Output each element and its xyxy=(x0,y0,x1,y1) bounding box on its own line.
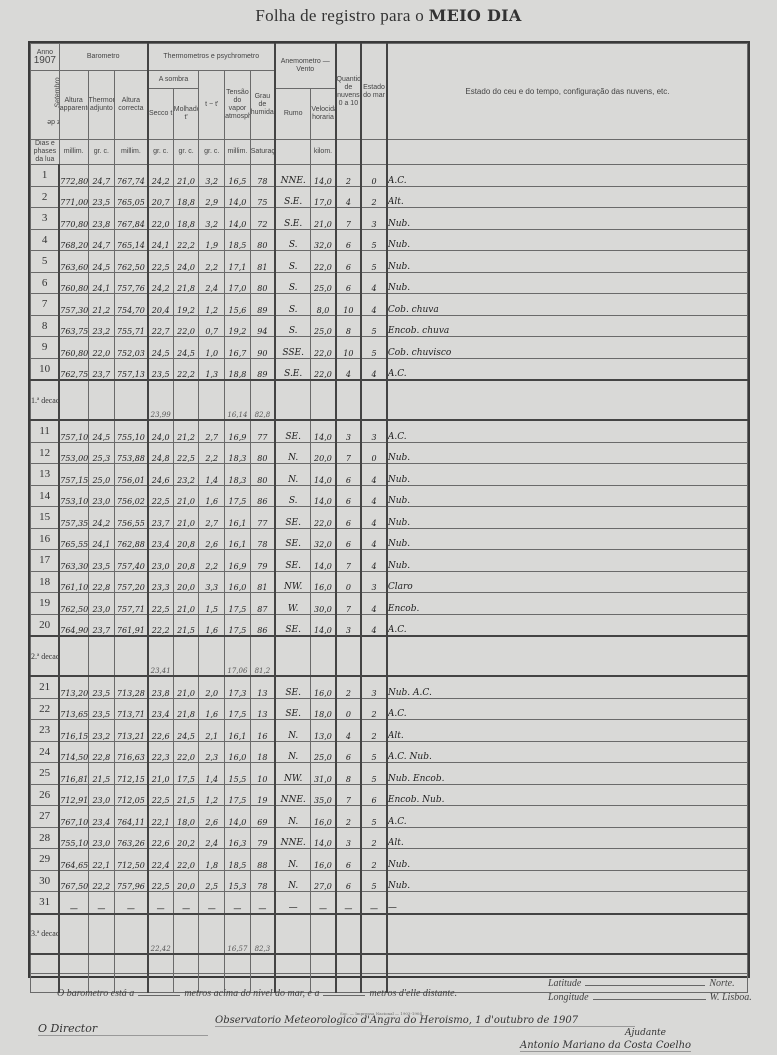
reading-cell: 2,4 xyxy=(199,272,225,294)
reading-cell: 18,8 xyxy=(173,208,199,230)
empty-cell xyxy=(115,636,148,676)
reading-cell: NNE. xyxy=(275,827,311,849)
reading-cell: 22,0 xyxy=(311,251,336,273)
day-number: 31 xyxy=(31,892,60,914)
empty-cell xyxy=(148,954,174,974)
longitude-line: LongitudeW. Lisboa. xyxy=(548,992,760,1003)
reading-cell: 17,0 xyxy=(311,186,336,208)
reading-cell: 21,0 xyxy=(173,165,199,187)
reading-cell: N. xyxy=(275,720,311,742)
reading-cell: 2 xyxy=(336,806,362,828)
reading-cell: 764,11 xyxy=(115,806,148,828)
reading-cell: 22,0 xyxy=(311,507,336,529)
empty-cell xyxy=(311,954,336,974)
reading-cell: 3 xyxy=(336,827,362,849)
reading-cell: 8 xyxy=(336,763,362,785)
table-row: 21713,2023,5713,2823,821,02,017,313SE.16… xyxy=(31,676,748,698)
reading-cell: 2 xyxy=(336,676,362,698)
reading-cell: 755,10 xyxy=(59,827,88,849)
reading-cell: 712,05 xyxy=(115,784,148,806)
empty-cell xyxy=(173,636,199,676)
day-number: 13 xyxy=(31,464,60,486)
reading-cell: 22,3 xyxy=(148,741,174,763)
reading-cell: 17,5 xyxy=(173,763,199,785)
reading-cell: 24,5 xyxy=(148,337,174,359)
reading-cell: 79 xyxy=(250,827,275,849)
reading-cell: 23,0 xyxy=(88,485,115,507)
reading-cell: 80 xyxy=(250,272,275,294)
unit: Saturação=100 xyxy=(250,140,275,165)
reading-cell: 6 xyxy=(336,251,362,273)
reading-cell: 767,50 xyxy=(59,870,88,892)
day-number: 17 xyxy=(31,550,60,572)
decade-row: 3.ª decada22,4216,5782,3 xyxy=(31,914,748,954)
reading-cell: 21,0 xyxy=(311,208,336,230)
empty-cell xyxy=(336,380,362,420)
empty-cell xyxy=(173,954,199,974)
unit xyxy=(361,140,387,165)
reading-cell: 5 xyxy=(361,337,387,359)
decade-mean: 22,42 xyxy=(148,914,174,954)
reading-cell: 89 xyxy=(250,294,275,316)
reading-cell: 712,50 xyxy=(115,849,148,871)
decade-mean: 23,41 xyxy=(148,636,174,676)
day-number: 14 xyxy=(31,485,60,507)
table-row: 22713,6523,5713,7123,421,81,617,513SE.18… xyxy=(31,698,748,720)
table-row: 9760,8022,0752,0324,524,51,016,790SSE.22… xyxy=(31,337,748,359)
reading-cell: 756,01 xyxy=(115,464,148,486)
reading-cell: 23,8 xyxy=(88,208,115,230)
a-sombra-header: A sombra xyxy=(148,71,199,89)
reading-cell: 1,3 xyxy=(199,358,225,380)
reading-cell: 16,0 xyxy=(311,849,336,871)
reading-cell: 24,1 xyxy=(88,272,115,294)
reading-cell: N. xyxy=(275,741,311,763)
decade-mean: 82,8 xyxy=(250,380,275,420)
reading-cell: 763,26 xyxy=(115,827,148,849)
day-number: 26 xyxy=(31,784,60,806)
table-row: 25716,8121,5712,1521,017,51,415,510NW.31… xyxy=(31,763,748,785)
reading-cell: 14,0 xyxy=(311,420,336,442)
reading-cell: 24,6 xyxy=(148,464,174,486)
reading-cell: 25,3 xyxy=(88,442,115,464)
empty-cell xyxy=(88,954,115,974)
reading-cell: 4 xyxy=(361,550,387,572)
unit: millim. xyxy=(59,140,88,165)
reading-cell: 712,91 xyxy=(59,784,88,806)
reading-cell: 13 xyxy=(250,676,275,698)
reading-cell: 20,7 xyxy=(148,186,174,208)
empty-cell xyxy=(88,380,115,420)
reading-cell: 23,5 xyxy=(88,550,115,572)
reading-cell: 3 xyxy=(361,676,387,698)
reading-cell: 24,0 xyxy=(173,251,199,273)
sky-state-cell: A.C. xyxy=(387,358,748,380)
reading-cell: 765,14 xyxy=(115,229,148,251)
reading-cell: — xyxy=(199,892,225,914)
reading-cell: 20,8 xyxy=(173,550,199,572)
empty-cell xyxy=(275,380,311,420)
reading-cell: 18,3 xyxy=(225,464,251,486)
reading-cell: 94 xyxy=(250,315,275,337)
col-altura-apparente: Altura apparente xyxy=(59,71,88,140)
unit xyxy=(336,140,362,165)
reading-cell: 762,88 xyxy=(115,528,148,550)
empty-cell xyxy=(115,954,148,974)
empty-cell xyxy=(31,954,60,974)
reading-cell: — xyxy=(148,892,174,914)
reading-cell: 23,0 xyxy=(148,550,174,572)
reading-cell: 0 xyxy=(361,165,387,187)
table-row: 26712,9123,0712,0522,521,51,217,519NNE.3… xyxy=(31,784,748,806)
table-row: 11757,1024,5755,1024,021,22,716,977SE.14… xyxy=(31,420,748,442)
reading-cell: 757,76 xyxy=(115,272,148,294)
day-number: 10 xyxy=(31,358,60,380)
reading-cell: 24,1 xyxy=(88,528,115,550)
reading-cell: 753,10 xyxy=(59,485,88,507)
reading-cell: 24,7 xyxy=(88,165,115,187)
reading-cell: 2 xyxy=(336,165,362,187)
reading-cell: 6 xyxy=(336,229,362,251)
reading-cell: 2,2 xyxy=(199,442,225,464)
reading-cell: 22,0 xyxy=(88,337,115,359)
reading-cell: — xyxy=(115,892,148,914)
reading-cell: 22,0 xyxy=(173,315,199,337)
reading-cell: — xyxy=(88,892,115,914)
reading-cell: 713,21 xyxy=(115,720,148,742)
reading-cell: 5 xyxy=(361,806,387,828)
reading-cell: 14,0 xyxy=(225,186,251,208)
reading-cell: S.E. xyxy=(275,208,311,230)
reading-cell: 757,15 xyxy=(59,464,88,486)
sky-state-cell: Alt. xyxy=(387,720,748,742)
reading-cell: 716,15 xyxy=(59,720,88,742)
reading-cell: 4 xyxy=(361,593,387,615)
reading-cell: 24,7 xyxy=(88,229,115,251)
reading-cell: 2 xyxy=(361,186,387,208)
reading-cell: 23,4 xyxy=(148,698,174,720)
reading-cell: 0 xyxy=(361,442,387,464)
reading-cell: 764,90 xyxy=(59,614,88,636)
table-row: 28755,1023,0763,2622,620,22,416,379NNE.1… xyxy=(31,827,748,849)
table-row: 2771,0023,5765,0520,718,82,914,075S.E.17… xyxy=(31,186,748,208)
register-sheet: Anno1907 Barometro Thermometros e psychr… xyxy=(28,41,750,978)
reading-cell: 753,00 xyxy=(59,442,88,464)
reading-cell: 3 xyxy=(336,614,362,636)
reading-cell: — xyxy=(336,892,362,914)
day-number: 6 xyxy=(31,272,60,294)
reading-cell: 32,0 xyxy=(311,528,336,550)
reading-cell: 14,0 xyxy=(311,550,336,572)
reading-cell: 23,0 xyxy=(88,784,115,806)
reading-cell: 764,65 xyxy=(59,849,88,871)
reading-cell: 16,1 xyxy=(225,507,251,529)
reading-cell: 7 xyxy=(336,550,362,572)
day-number: 12 xyxy=(31,442,60,464)
reading-cell: 1,0 xyxy=(199,337,225,359)
reading-cell: 763,75 xyxy=(59,315,88,337)
day-number: 1 xyxy=(31,165,60,187)
reading-cell: S. xyxy=(275,315,311,337)
empty-cell xyxy=(275,636,311,676)
reading-cell: NW. xyxy=(275,571,311,593)
sky-state-cell: Nub. xyxy=(387,464,748,486)
reading-cell: 21,0 xyxy=(148,763,174,785)
reading-cell: 5 xyxy=(361,315,387,337)
reading-cell: 1,5 xyxy=(199,593,225,615)
reading-cell: 757,35 xyxy=(59,507,88,529)
sky-state-cell: Nub. xyxy=(387,507,748,529)
reading-cell: 4 xyxy=(336,186,362,208)
reading-cell: 22,0 xyxy=(173,741,199,763)
sky-state-cell: Nub. xyxy=(387,870,748,892)
mar-header: Estado do mar xyxy=(361,44,387,140)
col-molhado: Molhado t' xyxy=(173,89,199,140)
reading-cell: 24,8 xyxy=(148,442,174,464)
reading-cell: 2,7 xyxy=(199,507,225,529)
reading-cell: 16,1 xyxy=(225,720,251,742)
reading-cell: 24,0 xyxy=(148,420,174,442)
day-number: 5 xyxy=(31,251,60,273)
reading-cell: 1,6 xyxy=(199,698,225,720)
decade-mean: 16,14 xyxy=(225,380,251,420)
reading-cell: 79 xyxy=(250,550,275,572)
decade-mean: 81,2 xyxy=(250,636,275,676)
reading-cell: N. xyxy=(275,464,311,486)
reading-cell: SE. xyxy=(275,676,311,698)
reading-cell: 753,88 xyxy=(115,442,148,464)
reading-cell: 21,5 xyxy=(173,614,199,636)
reading-cell: 21,5 xyxy=(88,763,115,785)
empty-cell xyxy=(311,380,336,420)
table-row: 23716,1523,2713,2122,624,52,116,116N.13,… xyxy=(31,720,748,742)
reading-cell: 757,13 xyxy=(115,358,148,380)
latitude-line: LatitudeNorte. xyxy=(548,978,760,989)
day-number: 28 xyxy=(31,827,60,849)
reading-cell: 23,0 xyxy=(88,827,115,849)
col-thermo-adjunto: Thermometro adjunto xyxy=(88,71,115,140)
reading-cell: 14,0 xyxy=(311,165,336,187)
reading-cell: 24,2 xyxy=(148,272,174,294)
reading-cell: 24,5 xyxy=(88,251,115,273)
col-rumo: Rumo xyxy=(275,89,311,140)
reading-cell: 69 xyxy=(250,806,275,828)
table-row: 1772,8024,7767,7424,221,03,216,578NNE.14… xyxy=(31,165,748,187)
dias-header: Dias e phases da lua xyxy=(31,140,60,165)
reading-cell: 86 xyxy=(250,614,275,636)
reading-cell: N. xyxy=(275,442,311,464)
empty-cell xyxy=(361,636,387,676)
reading-cell: SE. xyxy=(275,528,311,550)
reading-cell: 757,10 xyxy=(59,420,88,442)
table-row: 19762,5023,0757,7122,521,01,517,587W.30,… xyxy=(31,593,748,615)
table-row: 17763,3023,5757,4023,020,82,216,979SE.14… xyxy=(31,550,748,572)
day-number: 29 xyxy=(31,849,60,871)
reading-cell: 27,0 xyxy=(311,870,336,892)
decade-mean: 17,06 xyxy=(225,636,251,676)
empty-cell xyxy=(59,954,88,974)
reading-cell: 25,0 xyxy=(311,272,336,294)
reading-cell: 10 xyxy=(336,337,362,359)
reading-cell: 14,0 xyxy=(311,614,336,636)
reading-cell: 767,74 xyxy=(115,165,148,187)
reading-cell: 16,1 xyxy=(225,528,251,550)
empty-cell xyxy=(59,380,88,420)
reading-cell: 22,2 xyxy=(173,229,199,251)
reading-cell: 18,5 xyxy=(225,849,251,871)
reading-cell: 19 xyxy=(250,784,275,806)
reading-cell: 22,0 xyxy=(311,337,336,359)
table-row: 7757,3021,2754,7020,419,21,215,689S.8,01… xyxy=(31,294,748,316)
unit xyxy=(275,140,311,165)
reading-cell: 2,6 xyxy=(199,806,225,828)
reading-cell: 18 xyxy=(250,741,275,763)
reading-cell: 3,2 xyxy=(199,208,225,230)
reading-cell: 4 xyxy=(361,272,387,294)
reading-cell: 1,2 xyxy=(199,784,225,806)
day-number: 7 xyxy=(31,294,60,316)
reading-cell: 4 xyxy=(361,614,387,636)
reading-cell: N. xyxy=(275,870,311,892)
reading-cell: 0 xyxy=(336,571,362,593)
reading-cell: 1,6 xyxy=(199,614,225,636)
reading-cell: 20,0 xyxy=(173,870,199,892)
reading-cell: 22,5 xyxy=(148,593,174,615)
empty-cell xyxy=(336,954,362,974)
observatory-line: Observatorio Meteorologico d'Angra do He… xyxy=(215,1015,635,1027)
sky-state-cell: Nub. xyxy=(387,208,748,230)
register-table: Anno1907 Barometro Thermometros e psychr… xyxy=(30,43,748,993)
reading-cell: 22,7 xyxy=(148,315,174,337)
reading-cell: 20,0 xyxy=(311,442,336,464)
reading-cell: SE. xyxy=(275,614,311,636)
reading-cell: 78 xyxy=(250,165,275,187)
table-row: 24714,5022,8716,6322,322,02,316,018N.25,… xyxy=(31,741,748,763)
table-row: 4768,2024,7765,1424,122,21,918,580S.32,0… xyxy=(31,229,748,251)
printer-stamp: Soc. — Imprensa Nacional — 1903-1904 xyxy=(340,1011,422,1016)
reading-cell: 2,9 xyxy=(199,186,225,208)
reading-cell: 757,71 xyxy=(115,593,148,615)
reading-cell: 2,3 xyxy=(199,741,225,763)
reading-cell: 10 xyxy=(336,294,362,316)
decade-mean: 82,3 xyxy=(250,914,275,954)
reading-cell: 77 xyxy=(250,507,275,529)
reading-cell: 24,5 xyxy=(173,720,199,742)
reading-cell: 21,0 xyxy=(173,507,199,529)
reading-cell: 760,80 xyxy=(59,272,88,294)
reading-cell: 716,63 xyxy=(115,741,148,763)
reading-cell: 762,50 xyxy=(59,593,88,615)
reading-cell: — xyxy=(250,892,275,914)
day-number: 11 xyxy=(31,420,60,442)
reading-cell: 22,5 xyxy=(148,485,174,507)
reading-cell: 22,6 xyxy=(148,827,174,849)
reading-cell: 3 xyxy=(336,420,362,442)
reading-cell: 22,4 xyxy=(148,849,174,871)
reading-cell: 22,2 xyxy=(88,870,115,892)
reading-cell: 7 xyxy=(336,208,362,230)
empty-cell xyxy=(173,914,199,954)
barometer-note: O barometro está ametros acima do nivel … xyxy=(57,988,457,999)
nuvens-header: Quantidade de nuvens 0 a 10 xyxy=(336,44,362,140)
reading-cell: 17,0 xyxy=(225,272,251,294)
reading-cell: 762,50 xyxy=(115,251,148,273)
table-row: 12753,0025,3753,8824,822,52,218,380N.20,… xyxy=(31,442,748,464)
reading-cell: 6 xyxy=(336,485,362,507)
empty-cell xyxy=(115,914,148,954)
reading-cell: 2,5 xyxy=(199,870,225,892)
reading-cell: 17,5 xyxy=(225,593,251,615)
day-number: 25 xyxy=(31,763,60,785)
reading-cell: 765,55 xyxy=(59,528,88,550)
reading-cell: 767,10 xyxy=(59,806,88,828)
reading-cell: 21,0 xyxy=(173,485,199,507)
reading-cell: 30,0 xyxy=(311,593,336,615)
reading-cell: 22,8 xyxy=(88,741,115,763)
col-secco: Secco t xyxy=(148,89,174,140)
barometro-header: Barometro xyxy=(59,44,147,71)
reading-cell: 5 xyxy=(361,741,387,763)
reading-cell: S. xyxy=(275,294,311,316)
reading-cell: 6 xyxy=(361,784,387,806)
day-number: 18 xyxy=(31,571,60,593)
reading-cell: 757,40 xyxy=(115,550,148,572)
day-number: 15 xyxy=(31,507,60,529)
sky-state-cell: Nub. xyxy=(387,485,748,507)
reading-cell: 23,2 xyxy=(173,464,199,486)
reading-cell: 755,10 xyxy=(115,420,148,442)
reading-cell: 22,8 xyxy=(88,571,115,593)
reading-cell: 1,4 xyxy=(199,464,225,486)
day-number: 30 xyxy=(31,870,60,892)
col-humidade: Grau de humidade xyxy=(250,71,275,140)
empty-cell xyxy=(275,954,311,974)
reading-cell: 16,9 xyxy=(225,550,251,572)
reading-cell: 23,5 xyxy=(88,676,115,698)
sky-state-cell: Cob. chuva xyxy=(387,294,748,316)
reading-cell: 23,4 xyxy=(148,528,174,550)
reading-cell: 6 xyxy=(336,870,362,892)
reading-cell: 2 xyxy=(361,827,387,849)
day-number: 20 xyxy=(31,614,60,636)
reading-cell: 771,00 xyxy=(59,186,88,208)
reading-cell: 770,80 xyxy=(59,208,88,230)
reading-cell: 25,0 xyxy=(311,741,336,763)
reading-cell: 17,5 xyxy=(225,485,251,507)
col-tensao: Tensão do vapor atmospherico xyxy=(225,71,251,140)
reading-cell: 2 xyxy=(361,849,387,871)
reading-cell: 2,4 xyxy=(199,827,225,849)
reading-cell: 22,2 xyxy=(148,614,174,636)
reading-cell: 14,0 xyxy=(225,806,251,828)
reading-cell: 5 xyxy=(361,229,387,251)
reading-cell: 2,2 xyxy=(199,251,225,273)
reading-cell: SE. xyxy=(275,507,311,529)
reading-cell: 13,0 xyxy=(311,720,336,742)
director-signature: O Director xyxy=(38,1022,208,1036)
reading-cell: 4 xyxy=(361,485,387,507)
unit: gr. c. xyxy=(88,140,115,165)
ajudante-signature: Antonio Mariano da Costa Coelho xyxy=(520,1040,691,1052)
reading-cell: 16,7 xyxy=(225,337,251,359)
decade-row: 1.ª decada23,9916,1482,8 xyxy=(31,380,748,420)
reading-cell: 72 xyxy=(250,208,275,230)
reading-cell: 18,3 xyxy=(225,442,251,464)
sky-state-cell: Encob. chuva xyxy=(387,315,748,337)
reading-cell: 2,0 xyxy=(199,676,225,698)
reading-cell: 8,0 xyxy=(311,294,336,316)
reading-cell: NNE. xyxy=(275,784,311,806)
